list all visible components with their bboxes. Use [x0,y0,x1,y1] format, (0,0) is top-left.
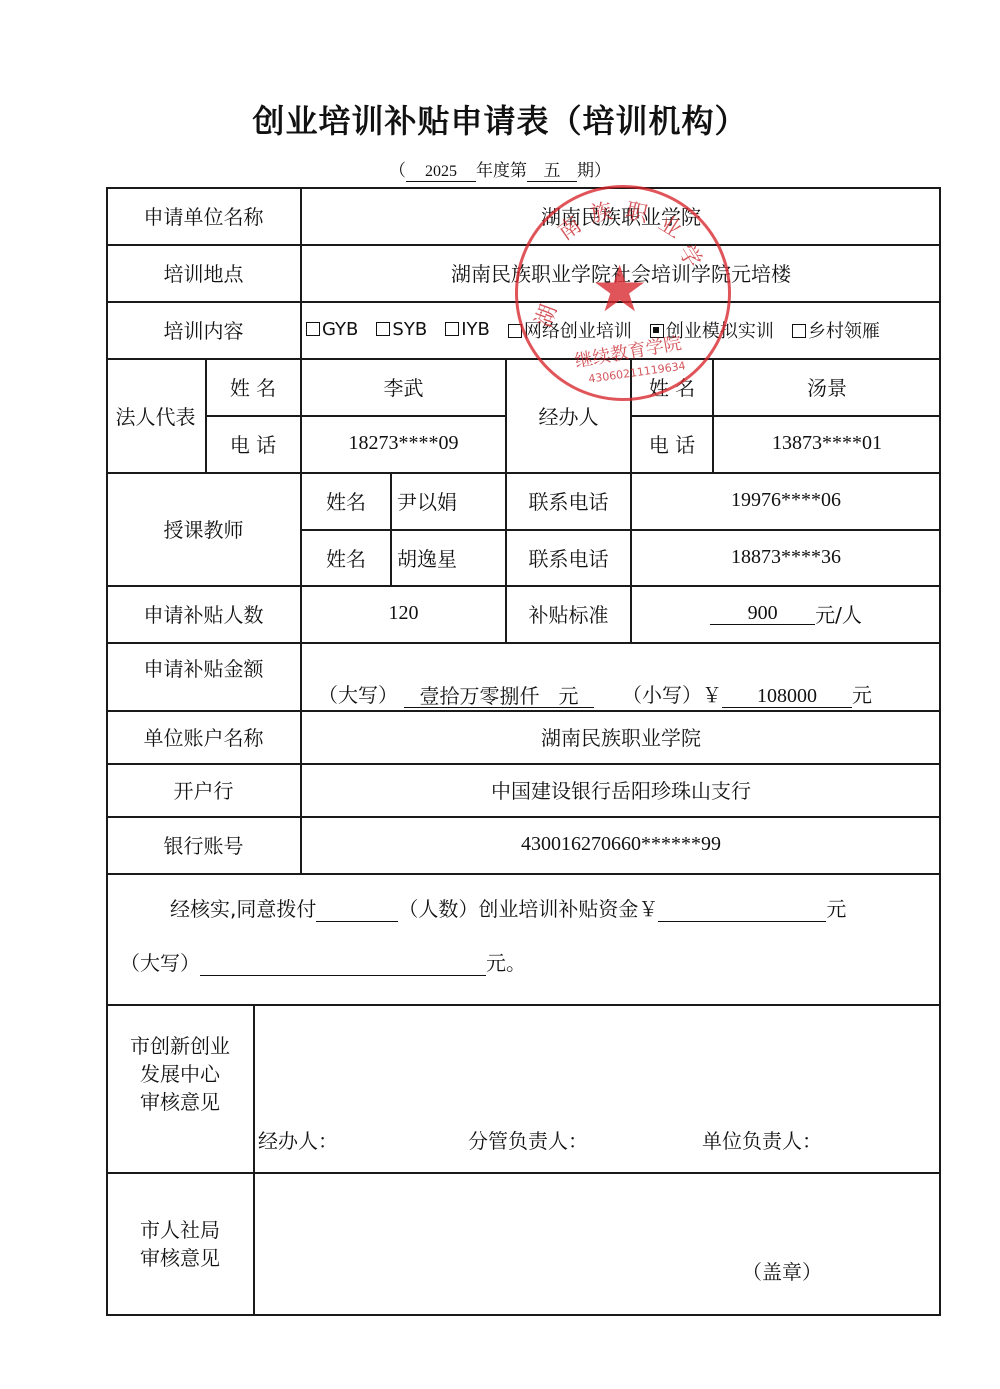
standard-unit: 元/人 [815,599,862,628]
center-unit-head-label: 单位负责人： [702,1125,822,1154]
amount-lower: 108000 [722,684,852,708]
center-supervisor-label: 分管负责人： [468,1125,588,1154]
option-syb[interactable]: SYB [376,319,427,340]
checkbox-icon[interactable] [508,324,522,338]
teacher-1-name-label: 姓名 [301,472,391,529]
period-year: 2025 [406,163,476,182]
standard-label: 补贴标准 [506,585,631,642]
legal-rep-phone-label: 电 话 [205,415,301,472]
form-title: 创业培训补贴申请表（培训机构） [0,96,1000,142]
handler-name-label: 姓 名 [631,358,713,415]
period-term: 五 [527,162,577,182]
account-name-value[interactable]: 湖南民族职业学院 [301,710,941,763]
bank-label: 开户行 [106,763,301,816]
verification-line-2: （大写）元。 [120,947,526,976]
handler-phone[interactable]: 13873****01 [713,415,941,472]
content-options: GYB SYB IYB 网络创业培训 创业模拟实训 乡村领雁 [306,301,941,358]
legal-rep-name[interactable]: 李武 [301,358,506,415]
headcount-value[interactable]: 120 [301,585,506,642]
account-no-label: 银行账号 [106,816,301,873]
applicant-value[interactable]: 湖南民族职业学院 [301,187,941,244]
account-no-value[interactable]: 430016270660******99 [301,816,941,873]
headcount-label: 申请补贴人数 [106,585,301,642]
application-table: 申请单位名称 湖南民族职业学院 培训地点 湖南民族职业学院社会培训学院元培楼 培… [106,187,941,1316]
teacher-1-phone[interactable]: 19976****06 [631,472,941,529]
option-online-startup[interactable]: 网络创业培训 [508,317,632,343]
period-line: （2025年度第五期） [0,156,1000,182]
checkbox-checked-icon[interactable] [650,324,664,338]
teachers-label: 授课教师 [106,472,301,585]
hrss-review-label: 市人社局 审核意见 [106,1172,254,1316]
option-startup-simulation[interactable]: 创业模拟实训 [650,317,774,343]
amount-field[interactable]: （大写） 壹拾万零捌仟 元 （小写）￥ 108000元 [306,642,941,710]
amount-blank[interactable] [658,899,826,922]
standard-value: 900 [710,602,815,625]
standard-field[interactable]: 900元/人 [631,585,941,642]
location-value[interactable]: 湖南民族职业学院社会培训学院元培楼 [301,244,941,301]
handler-phone-label: 电 话 [631,415,713,472]
location-label: 培训地点 [106,244,301,301]
option-gyb[interactable]: GYB [306,319,358,340]
legal-rep-phone[interactable]: 18273****09 [301,415,506,472]
account-name-label: 单位账户名称 [106,710,301,763]
handler-name[interactable]: 汤景 [713,358,941,415]
applicant-label: 申请单位名称 [106,187,301,244]
checkbox-icon[interactable] [306,322,320,336]
seal-label: （盖章） [742,1256,822,1285]
center-review-label: 市创新创业 发展中心 审核意见 [106,1004,254,1144]
center-review-area[interactable]: 经办人： 分管负责人： 单位负责人： [256,1004,941,1172]
bank-value[interactable]: 中国建设银行岳阳珍珠山支行 [301,763,941,816]
headcount-blank[interactable] [316,899,398,922]
amount-upper: 壹拾万零捌仟 元 [404,685,594,708]
checkbox-icon[interactable] [445,322,459,336]
legal-rep-name-label: 姓 名 [205,358,301,415]
content-label: 培训内容 [106,301,301,358]
hrss-review-area[interactable]: （盖章） [256,1172,941,1316]
amount-label: 申请补贴金额 [106,642,301,692]
verification-line-1: 经核实,同意拨付（人数）创业培训补贴资金￥元 [170,893,846,922]
legal-rep-label: 法人代表 [106,358,205,472]
teacher-2-phone-label: 联系电话 [506,529,631,585]
option-iyb[interactable]: IYB [445,319,490,340]
teacher-1-phone-label: 联系电话 [506,472,631,529]
option-rural-leader[interactable]: 乡村领雁 [792,317,880,343]
teacher-2-name[interactable]: 胡逸星 [391,529,506,585]
teacher-2-phone[interactable]: 18873****36 [631,529,941,585]
teacher-2-name-label: 姓名 [301,529,391,585]
verification-section: 经核实,同意拨付（人数）创业培训补贴资金￥元 （大写）元。 [106,873,941,1004]
handler-label: 经办人 [506,358,631,472]
amount-upper-blank[interactable] [200,953,486,976]
teacher-1-name[interactable]: 尹以娟 [391,472,506,529]
center-handler-label: 经办人： [258,1125,338,1154]
checkbox-icon[interactable] [792,324,806,338]
checkbox-icon[interactable] [376,322,390,336]
